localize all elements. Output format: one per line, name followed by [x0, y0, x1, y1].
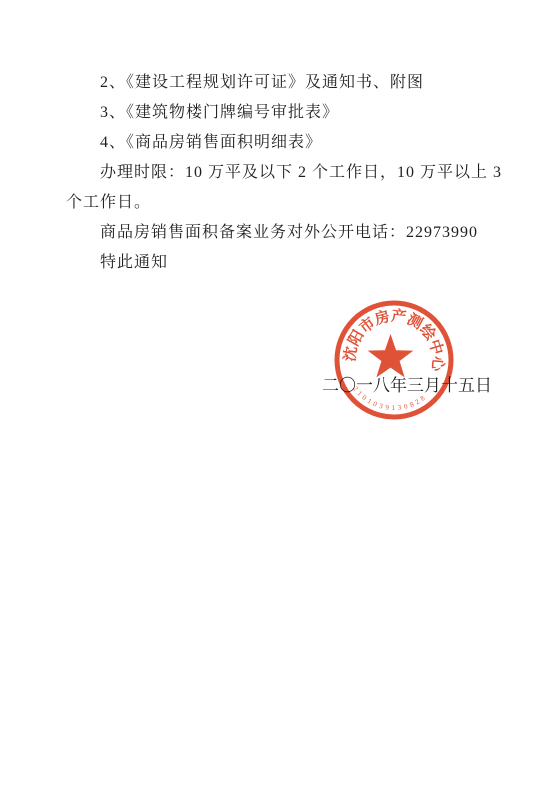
document-line: 办理时限：10 万平及以下 2 个工作日，10 万平以上 3 [66, 158, 526, 188]
document-body: 2、《建设工程规划许可证》及通知书、附图 3、《建筑物楼门牌编号审批表》 4、《… [66, 68, 526, 278]
star-icon [368, 334, 414, 377]
document-line: 特此通知 [66, 248, 526, 278]
document-line: 4、《商品房销售面积明细表》 [66, 128, 526, 158]
document-line: 2、《建设工程规划许可证》及通知书、附图 [66, 68, 526, 98]
notice-document-page: 2、《建设工程规划许可证》及通知书、附图 3、《建筑物楼门牌编号审批表》 4、《… [0, 0, 556, 800]
document-line: 3、《建筑物楼门牌编号审批表》 [66, 98, 526, 128]
document-line: 商品房销售面积备案业务对外公开电话：22973990 [66, 218, 526, 248]
official-seal: 沈阳市房产测绘中心 2101039130828 [332, 298, 456, 422]
document-line: 个工作日。 [66, 188, 526, 218]
